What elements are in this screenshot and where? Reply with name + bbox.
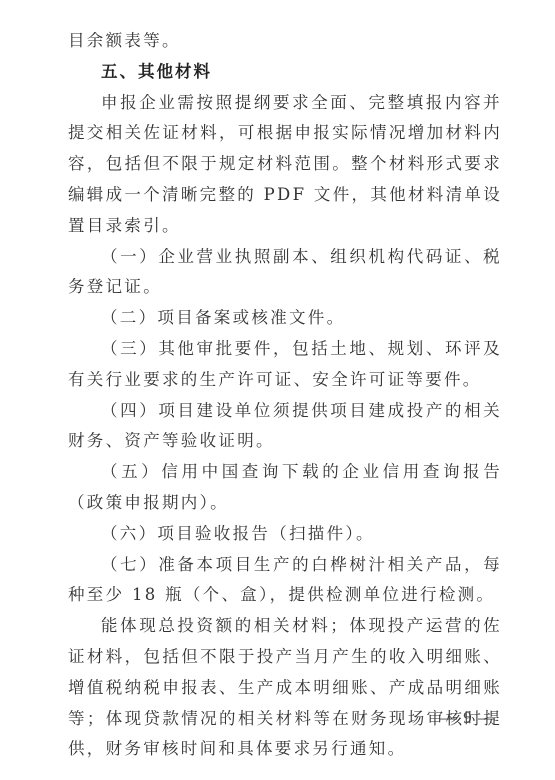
list-item: （四）项目建设单位须提供项目建成投产的相关财务、资产等验收证明。 bbox=[68, 396, 502, 458]
section-heading: 五、其他材料 bbox=[68, 57, 502, 88]
list-item: （一）企业营业执照副本、组织机构代码证、税务登记证。 bbox=[68, 242, 502, 304]
document-page: 目余额表等。 五、其他材料 申报企业需按照提纲要求全面、完整填报内容并提交相关佐… bbox=[68, 26, 502, 765]
list-item: （六）项目验收报告（扫描件）。 bbox=[68, 519, 502, 550]
continuation-text: 目余额表等。 bbox=[68, 26, 502, 57]
page-number: — 9 — bbox=[440, 708, 496, 728]
closing-paragraph: 能体现总投资额的相关材料；体现投产运营的佐证材料，包括但不限于投产当月产生的收入… bbox=[68, 611, 502, 765]
intro-paragraph: 申报企业需按照提纲要求全面、完整填报内容并提交相关佐证材料，可根据申报实际情况增… bbox=[68, 88, 502, 242]
list-item: （五）信用中国查询下载的企业信用查询报告（政策申报期内）。 bbox=[68, 457, 502, 519]
list-item: （三）其他审批要件，包括土地、规划、环评及有关行业要求的生产许可证、安全许可证等… bbox=[68, 334, 502, 396]
list-item: （二）项目备案或核准文件。 bbox=[68, 303, 502, 334]
list-item: （七）准备本项目生产的白桦树汁相关产品，每种至少 18 瓶（个、盒），提供检测单… bbox=[68, 550, 502, 612]
